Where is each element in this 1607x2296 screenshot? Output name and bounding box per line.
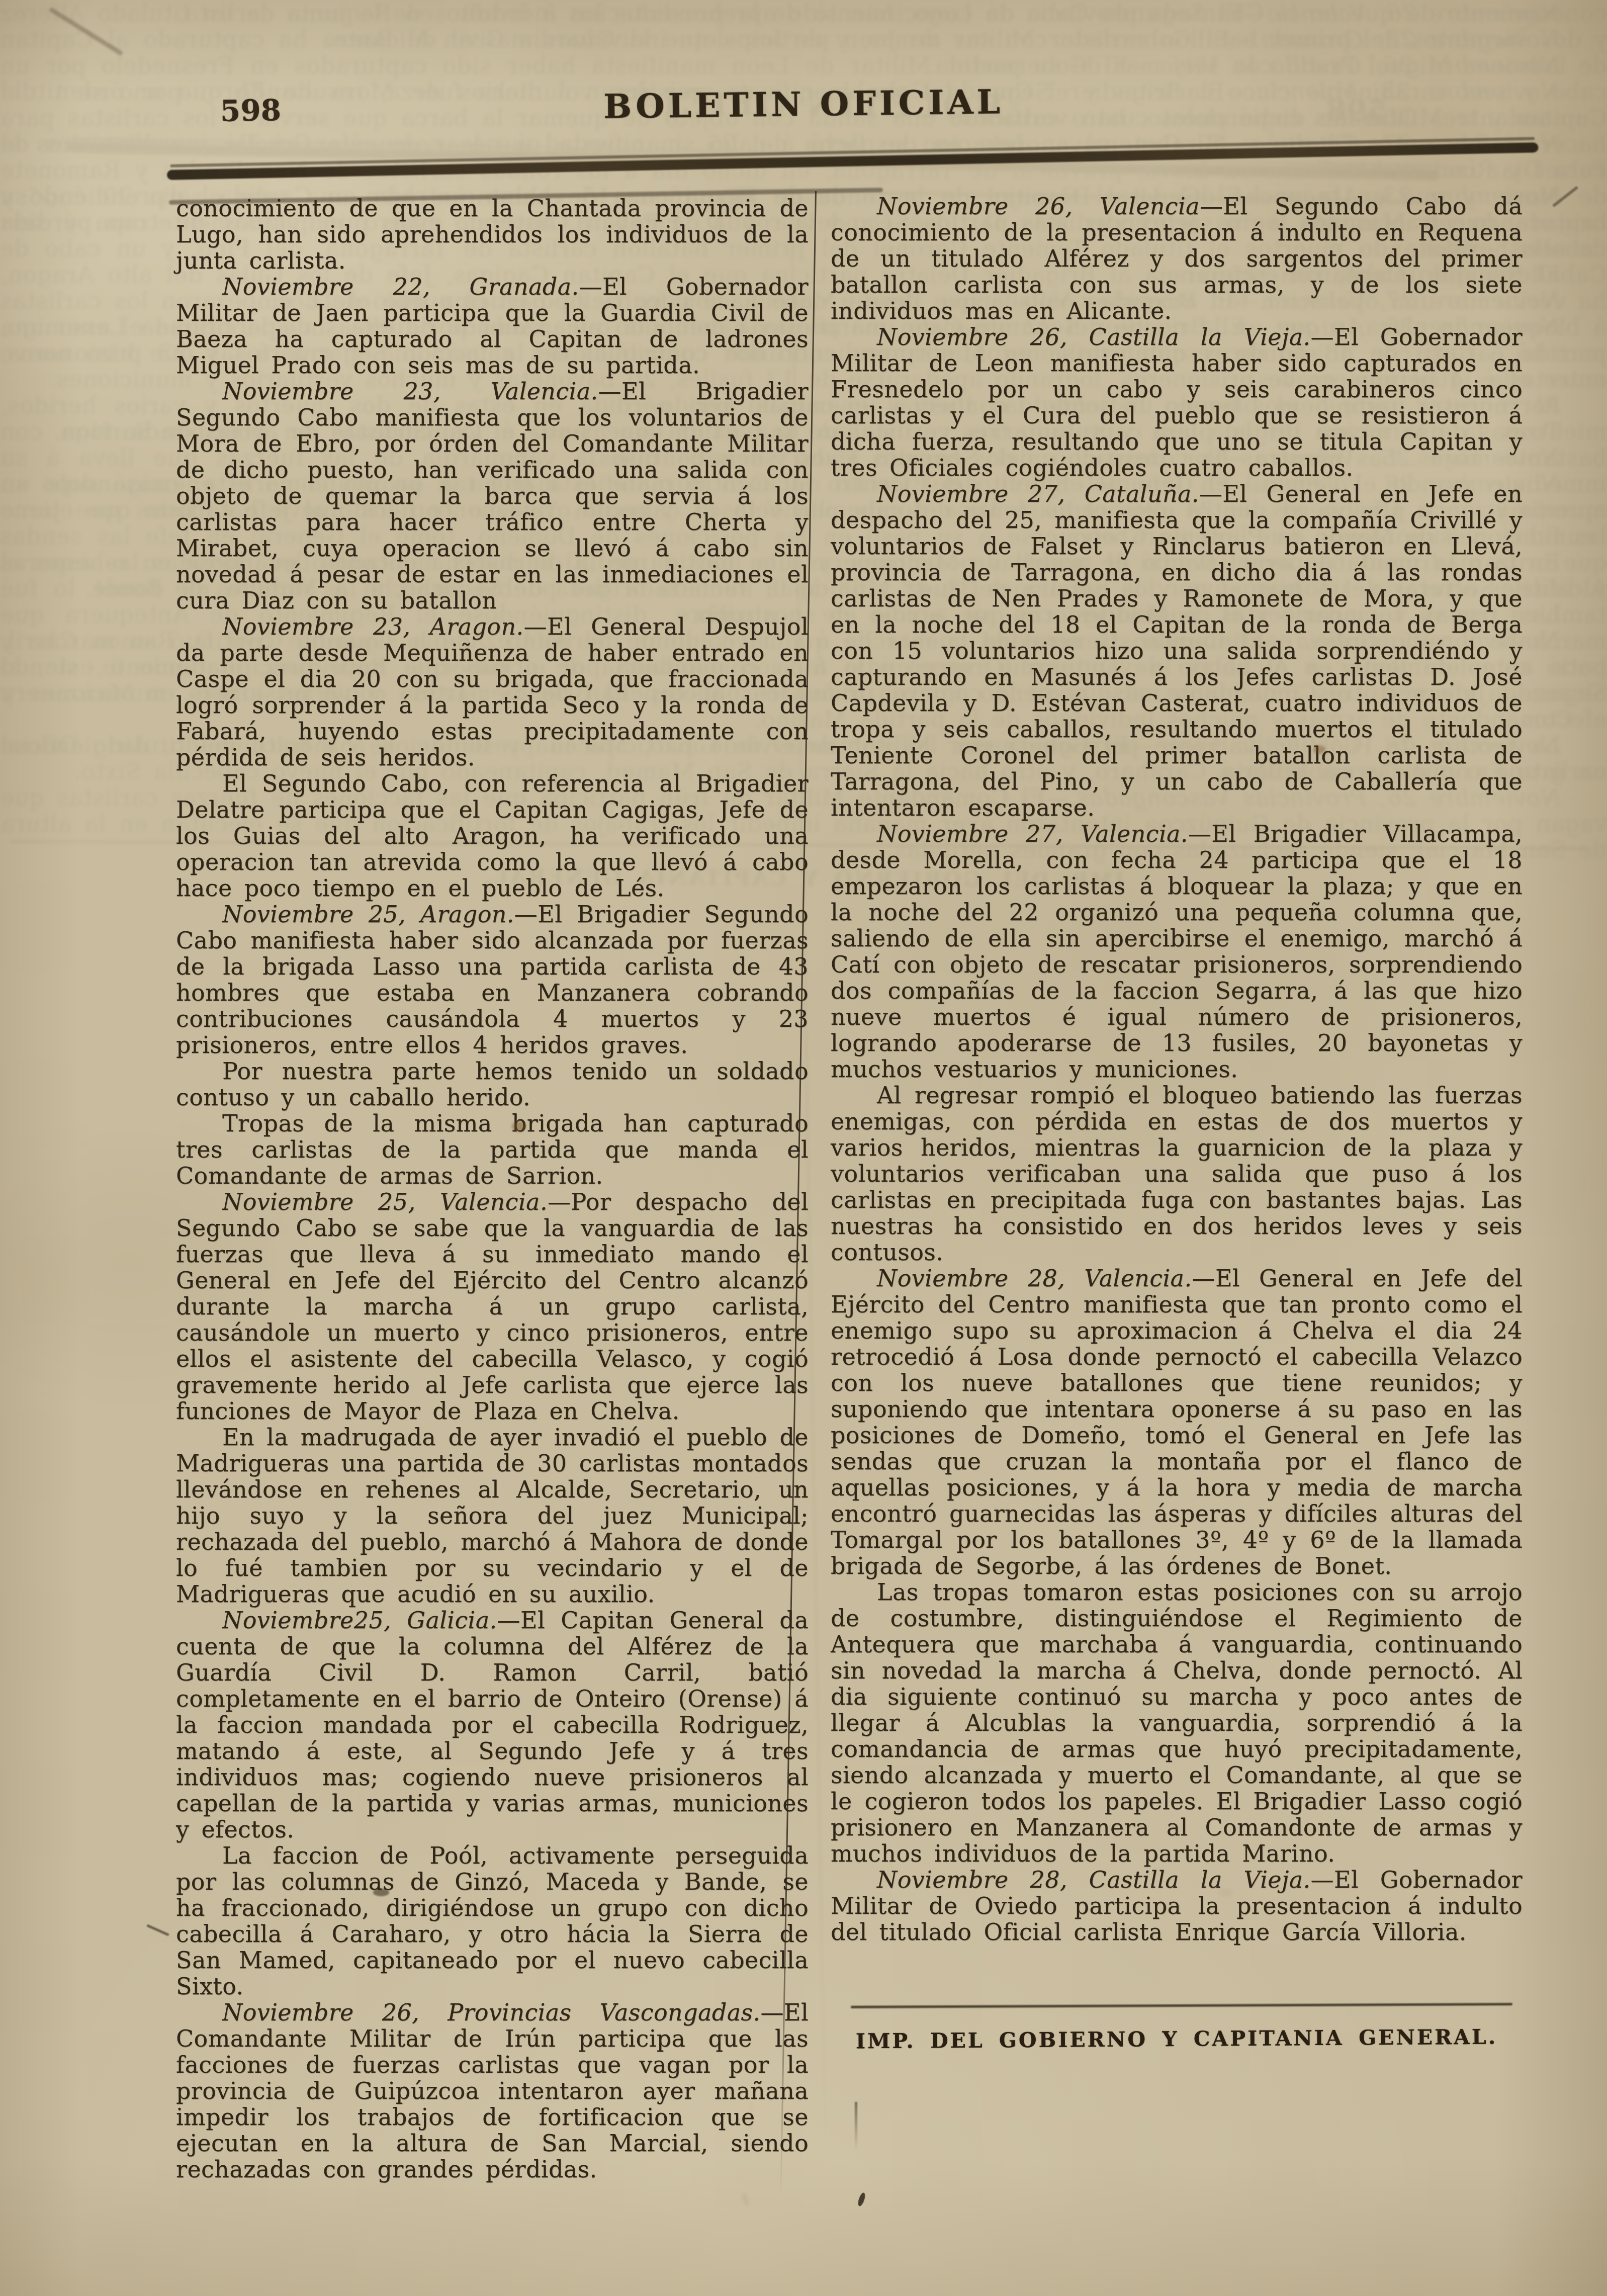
paragraph: Noviembre 26, Valencia—El Segundo Cabo d…	[831, 193, 1523, 324]
paragraph: conocimiento de que en la Chantada provi…	[176, 195, 809, 274]
paragraph: Las tropas tomaron estas posiciones con …	[831, 1579, 1523, 1867]
paragraph: Noviembre 27, Valencia.—El Brigadier Vil…	[831, 821, 1523, 1082]
date-place-lead: Noviembre 23, Aragon.	[222, 613, 524, 640]
paragraph: Noviembre 23, Valencia.—El Brigadier Seg…	[176, 378, 809, 613]
paragraph: Noviembre 23, Aragon.—El General Despujo…	[176, 613, 809, 770]
paragraph: En la madrugada de ayer invadió el puebl…	[176, 1424, 809, 1607]
date-place-lead: Noviembre 27, Cataluña.	[877, 480, 1199, 507]
paragraph: Noviembre 25, Valencia.—Por despacho del…	[176, 1189, 809, 1424]
paragraph: Noviembre 25, Aragon.—El Brigadier Segun…	[176, 901, 809, 1058]
paragraph: Tropas de la misma brigada han capturado…	[176, 1110, 809, 1189]
date-place-lead: Noviembre 26, Provincias Vascongadas.	[222, 1999, 761, 2026]
footer-rule	[851, 2003, 1512, 2008]
paragraph: El Segundo Cabo, con referencia al Briga…	[176, 770, 809, 901]
gazette-page: 598 BOLETIN OFICIAL conocimiento de que …	[0, 0, 1607, 2296]
printer-imprint: IMP. DEL GOBIERNO Y CAPITANIA GENERAL.	[831, 2023, 1523, 2055]
date-place-lead: Noviembre 23, Valencia.	[222, 378, 598, 405]
pen-mark	[146, 1924, 169, 1936]
paragraph: Noviembre 27, Cataluña.—El General en Je…	[831, 481, 1523, 821]
paragraph: Por nuestra parte hemos tenido un soldad…	[176, 1058, 809, 1110]
paragraph: Noviembre 26, Castilla la Vieja.—El Gobe…	[831, 324, 1523, 481]
date-place-lead: Noviembre 26, Castilla la Vieja.	[877, 323, 1311, 350]
ink-smudge	[1552, 186, 1579, 208]
page-content: 598 BOLETIN OFICIAL conocimiento de que …	[0, 0, 1607, 2296]
date-place-lead: Noviembre25, Galicia.	[222, 1607, 497, 1634]
right-column: Noviembre 26, Valencia—El Segundo Cabo d…	[831, 193, 1523, 2052]
date-place-lead: Noviembre 22, Granada.	[222, 273, 579, 300]
left-column: conocimiento de que en la Chantada provi…	[176, 195, 809, 2182]
ink-speck	[857, 2192, 866, 2207]
divider-tail-mark	[855, 2102, 857, 2150]
date-place-lead: Noviembre 26, Valencia	[877, 193, 1200, 220]
date-place-lead: Noviembre 25, Valencia.	[222, 1188, 548, 1215]
masthead-title: BOLETIN OFICIAL	[0, 74, 1607, 133]
paragraph: La faccion de Poól, activamente persegui…	[176, 1842, 809, 1999]
paragraph: Noviembre 28, Castilla la Vieja.—El Gobe…	[831, 1867, 1523, 1945]
header-rule	[167, 142, 1539, 180]
date-place-lead: Noviembre 28, Valencia.	[877, 1265, 1192, 1292]
paragraph: Noviembre25, Galicia.—El Capitan General…	[176, 1607, 809, 1842]
date-place-lead: Noviembre 28, Castilla la Vieja.	[877, 1866, 1311, 1893]
paragraph: Noviembre 28, Valencia.—El General en Je…	[831, 1265, 1523, 1579]
left-column-paragraphs: conocimiento de que en la Chantada provi…	[176, 195, 809, 2182]
paragraph: Noviembre 22, Granada.—El Gobernador Mil…	[176, 274, 809, 378]
date-place-lead: Noviembre 25, Aragon.	[222, 901, 514, 928]
paragraph: Noviembre 26, Provincias Vascongadas.—El…	[176, 1999, 809, 2182]
right-column-paragraphs: Noviembre 26, Valencia—El Segundo Cabo d…	[831, 193, 1523, 1945]
date-place-lead: Noviembre 27, Valencia.	[877, 820, 1188, 847]
ink-smudge	[49, 7, 124, 56]
paragraph: Al regresar rompió el bloqueo batiendo l…	[831, 1082, 1523, 1265]
